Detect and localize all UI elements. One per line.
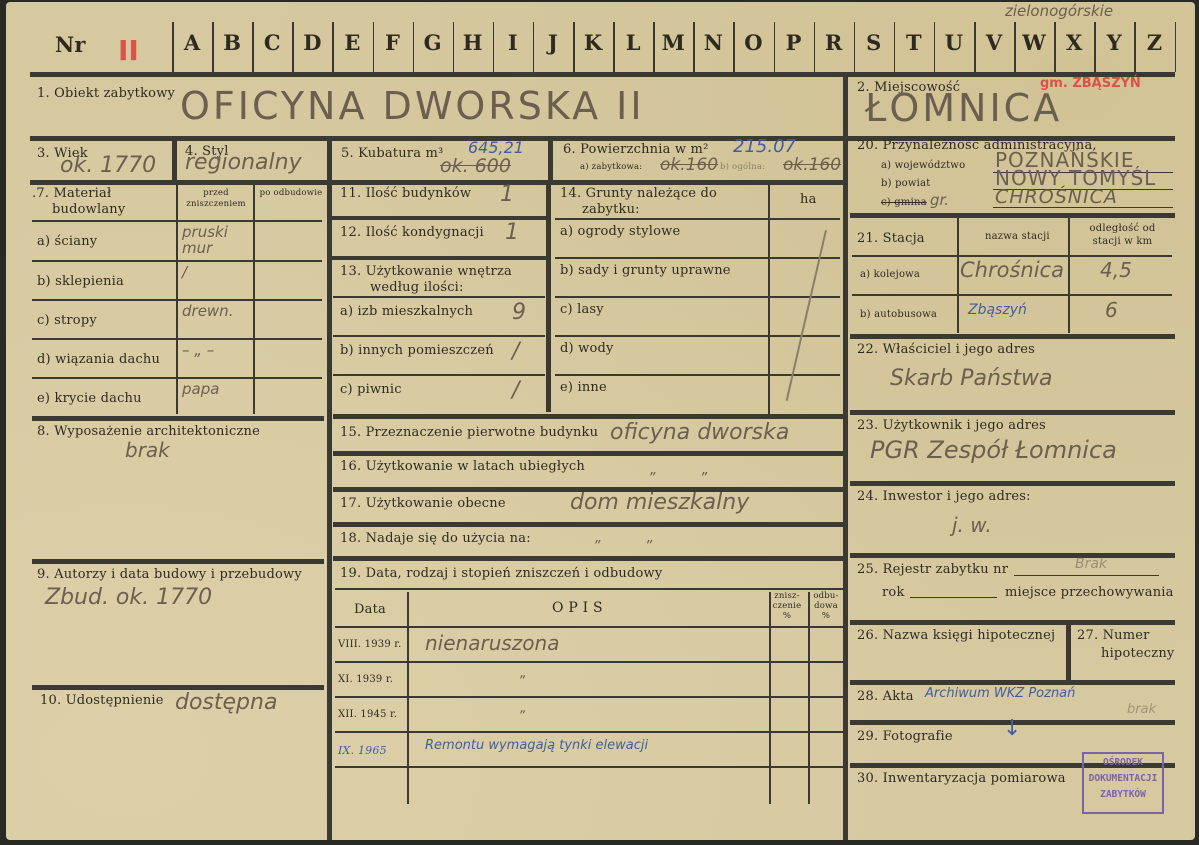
index-letter: A [174, 30, 210, 55]
f11-value: 1 [500, 182, 514, 207]
top-note: zielonogórskie [1005, 2, 1113, 20]
divider [850, 553, 1175, 558]
stamp-line-2: DOKUMENTACJI [1084, 772, 1162, 786]
divider [957, 218, 959, 333]
f18-label: 18. Nadaje się do użycia na: [340, 531, 531, 546]
f15-label: 15. Przeznaczenie pierwotne budynku [340, 425, 598, 440]
f16-value: „ „ [650, 462, 709, 478]
f7-col-after: po odbudowie [258, 188, 324, 199]
f7-row-label: e) krycie dachu [37, 391, 142, 406]
f23-value: PGR Zespół Łomnica [870, 436, 1117, 464]
index-letter: S [856, 30, 892, 55]
f6-struck-a: ok.160 [660, 155, 718, 175]
divider [1175, 22, 1177, 72]
index-letter: W [1016, 30, 1052, 55]
divider [32, 260, 322, 262]
divider [852, 255, 1172, 257]
f17-value: dom mieszkalny [570, 490, 749, 515]
f28-value: Archiwum WKZ Poznań [925, 686, 1075, 701]
index-letter: J [535, 30, 571, 55]
f26-label: 26. Nazwa księgi hipotecznej [857, 628, 1055, 643]
divider [555, 218, 840, 220]
f19-col-date: Data [354, 602, 386, 617]
f22-value: Skarb Państwa [890, 366, 1052, 391]
f7-row-label: d) wiązania dachu [37, 352, 160, 367]
f21-row-dist: 4,5 [1100, 258, 1132, 282]
f5-label: 5. Kubatura m³ [341, 146, 443, 161]
f28-note: brak [1127, 702, 1156, 717]
nr-label: Nr [55, 32, 86, 57]
f4-value: regionalny [185, 150, 302, 175]
divider [30, 180, 843, 185]
f19-row-desc: „ [520, 701, 527, 716]
index-letter: P [776, 30, 812, 55]
nr-value: II [118, 34, 139, 67]
f11-label: 11. Ilość budynków [340, 186, 471, 201]
divider [333, 414, 843, 419]
f7-row-before: drewn. [182, 303, 252, 319]
f19-label: 19. Data, rodzaj i stopień zniszczeń i o… [340, 566, 662, 581]
f15-value: oficyna dworska [610, 420, 789, 445]
f6-sub-b: b) ogólna: [720, 162, 765, 172]
f7-row-before: – „ – [182, 342, 252, 358]
divider [32, 416, 324, 421]
f13-row-label: c) piwnic [340, 382, 402, 397]
divider [850, 334, 1175, 339]
f20-b-label: b) powiat [881, 178, 930, 189]
divider [546, 180, 551, 412]
index-letter: H [455, 30, 491, 55]
index-letter: R [816, 30, 852, 55]
stamp-line-1: OŚRODEK [1084, 754, 1162, 772]
divider [548, 140, 553, 180]
f29-label: 29. Fotografie [857, 729, 953, 744]
index-letter: G [415, 30, 451, 55]
f21-col-name: nazwa stacji [985, 231, 1050, 242]
f14-row-label: b) sady i grunty uprawne [560, 263, 731, 278]
index-letter: I [495, 30, 531, 55]
divider [769, 592, 771, 804]
index-letter: C [254, 30, 290, 55]
f14-label: 14. Grunty należące do [560, 186, 717, 201]
f19-row-date: IX. 1965 [338, 744, 387, 757]
f21-row-label: b) autobusowa [860, 309, 937, 320]
divider [32, 338, 322, 340]
f30-label: 30. Inwentaryzacja pomiarowa [857, 771, 1066, 786]
divider [1066, 624, 1071, 680]
divider [32, 220, 322, 222]
divider [333, 374, 545, 376]
f6-sub-a: a) zabytkowa: [580, 162, 642, 172]
divider [850, 680, 1175, 685]
divider [332, 256, 546, 260]
divider [850, 620, 1175, 625]
f25-place-label: miejsce przechowywania [1005, 585, 1174, 600]
f7-col-before: przed zniszczeniem [180, 188, 252, 210]
divider [843, 140, 848, 840]
f7-label-2: budowlany [52, 202, 125, 217]
index-letter: N [695, 30, 731, 55]
f7-label: .7. Materiał [32, 186, 111, 201]
f18-value: „ „ [595, 530, 654, 546]
f21-col-dist: odległość od stacji w km [1075, 222, 1170, 248]
f21-row-name: Chrośnica [960, 258, 1064, 282]
arrow-down-icon: ↓ [1003, 716, 1021, 741]
f22-label: 22. Właściciel i jego adres [857, 342, 1035, 357]
index-letter: U [936, 30, 972, 55]
f13-label: 13. Użytkowanie wnętrza [340, 264, 512, 279]
f19-col-destroyed: znisz- czenie % [770, 591, 804, 621]
divider [850, 213, 1175, 218]
f6-value: 215.07 [733, 136, 796, 157]
f14-label-2: zabytku: [582, 202, 640, 217]
index-letter: M [655, 30, 691, 55]
f1-label: 1. Obiekt zabytkowy [37, 86, 175, 101]
f19-col-rebuilt: odbu- dowa % [809, 591, 843, 621]
f24-value: j. w. [952, 513, 992, 537]
stamp-line-3: ZABYTKÓW [1084, 786, 1162, 804]
f19-row-date: XII. 1945 r. [338, 709, 397, 720]
f12-label: 12. Ilość kondygnacji [340, 225, 484, 240]
f10-value: dostępna [175, 690, 277, 715]
archive-stamp: OŚRODEK DOKUMENTACJI ZABYTKÓW [1082, 752, 1164, 814]
divider [333, 335, 545, 337]
f2-red-note: gm. ZBĄSZYŃ [1040, 76, 1141, 91]
divider [32, 299, 322, 301]
divider [335, 626, 843, 628]
index-letter: X [1056, 30, 1092, 55]
f9-label: 9. Autorzy i data budowy i przebudowy [37, 567, 302, 582]
f2-value: ŁOMNICA [865, 86, 1062, 130]
f7-row-label: c) stropy [37, 313, 97, 328]
f25-rok-label: rok [882, 585, 905, 600]
f19-row-desc: Remontu wymagają tynki elewacji [425, 738, 648, 753]
f20-c-label: c) gmina [881, 197, 927, 208]
f13-label-2: według ilości: [370, 280, 464, 295]
index-letter: D [294, 30, 330, 55]
f3-value: ok. 1770 [60, 153, 156, 178]
divider [852, 294, 1172, 296]
f10-label: 10. Udostępnienie [40, 693, 164, 708]
f13-row-label: b) innych pomieszczeń [340, 343, 494, 358]
divider [407, 592, 409, 804]
divider [555, 374, 840, 376]
f14-row-label: e) inne [560, 380, 607, 395]
f13-row-value: / [512, 378, 519, 403]
f23-label: 23. Użytkownik i jego adres [857, 418, 1046, 433]
f7-row-label: b) sklepienia [37, 274, 124, 289]
index-letter: Z [1136, 30, 1172, 55]
f19-row-date: XI. 1939 r. [338, 674, 393, 685]
f13-row-value: / [512, 339, 519, 364]
f27-label: 27. Numer [1077, 628, 1150, 643]
divider [32, 377, 322, 379]
f27-label-2: hipoteczny [1101, 646, 1174, 661]
divider [333, 451, 843, 456]
f14-row-label: c) lasy [560, 302, 604, 317]
index-letter: K [575, 30, 611, 55]
divider [333, 556, 843, 561]
f5-struck: ok. 600 [440, 155, 511, 177]
divider [327, 140, 332, 180]
f28-label: 28. Akta [857, 689, 914, 704]
divider [32, 559, 324, 564]
index-letter: L [615, 30, 651, 55]
divider [843, 74, 848, 140]
f21-row-label: a) kolejowa [860, 269, 920, 280]
divider [555, 257, 840, 259]
f12-value: 1 [505, 220, 519, 245]
index-letter: E [334, 30, 370, 55]
f19-row-desc: nienaruszona [425, 631, 559, 655]
divider [172, 140, 177, 180]
f25-label: 25. Rejestr zabytku nr [857, 562, 1008, 577]
divider [1068, 218, 1070, 333]
divider [555, 296, 840, 298]
divider [555, 335, 840, 337]
f6-struck-b: ok.160 [783, 155, 841, 175]
divider [850, 410, 1175, 415]
f14-row-label: d) wody [560, 341, 614, 356]
f13-row-label: a) izb mieszkalnych [340, 304, 473, 319]
f21-label: 21. Stacja [857, 231, 925, 246]
f19-row-date: VIII. 1939 r. [338, 639, 402, 650]
divider [850, 481, 1175, 486]
divider [335, 588, 843, 590]
index-letter: O [735, 30, 771, 55]
f17-label: 17. Użytkowanie obecne [340, 496, 506, 511]
divider [335, 731, 843, 733]
f1-value: OFICYNA DWORSKA II [180, 84, 645, 128]
f14-col-ha: ha [800, 192, 817, 207]
index-letter: Y [1096, 30, 1132, 55]
divider [30, 72, 1175, 77]
divider [333, 522, 843, 527]
index-letter: V [976, 30, 1012, 55]
f21-row-name: Zbąszyń [968, 302, 1027, 318]
f20-c-value: CHROŚNICA [995, 186, 1118, 208]
f14-row-label: a) ogrody stylowe [560, 224, 680, 239]
divider [333, 296, 545, 298]
divider [335, 696, 843, 698]
divider [335, 661, 843, 663]
f20-c-prefix: gr. [930, 191, 949, 209]
f7-row-before: / [182, 264, 252, 280]
f19-row-desc: „ [520, 666, 527, 681]
f7-row-label: a) ściany [37, 234, 97, 249]
underline [1014, 575, 1159, 576]
underline [993, 207, 1173, 208]
f9-value: Zbud. ok. 1770 [45, 585, 212, 610]
divider [327, 180, 332, 840]
f21-row-dist: 6 [1105, 298, 1118, 322]
f25-value: Brak [1075, 556, 1107, 572]
divider [808, 592, 810, 804]
index-letter: B [214, 30, 250, 55]
f8-value: brak [125, 438, 170, 462]
f7-row-before: papa [182, 381, 252, 397]
f19-col-desc: O P I S [552, 600, 603, 616]
underline [910, 597, 997, 598]
f13-row-value: 9 [512, 300, 526, 325]
index-letter: T [896, 30, 932, 55]
f7-row-before: pruski mur [182, 224, 252, 256]
index-letter: F [375, 30, 411, 55]
f20-a-label: a) województwo [881, 160, 965, 171]
f8-label: 8. Wyposażenie architektoniczne [37, 424, 260, 439]
f16-label: 16. Użytkowanie w latach ubiegłych [340, 459, 585, 474]
divider [335, 766, 843, 768]
f24-label: 24. Inwestor i jego adres: [857, 489, 1031, 504]
